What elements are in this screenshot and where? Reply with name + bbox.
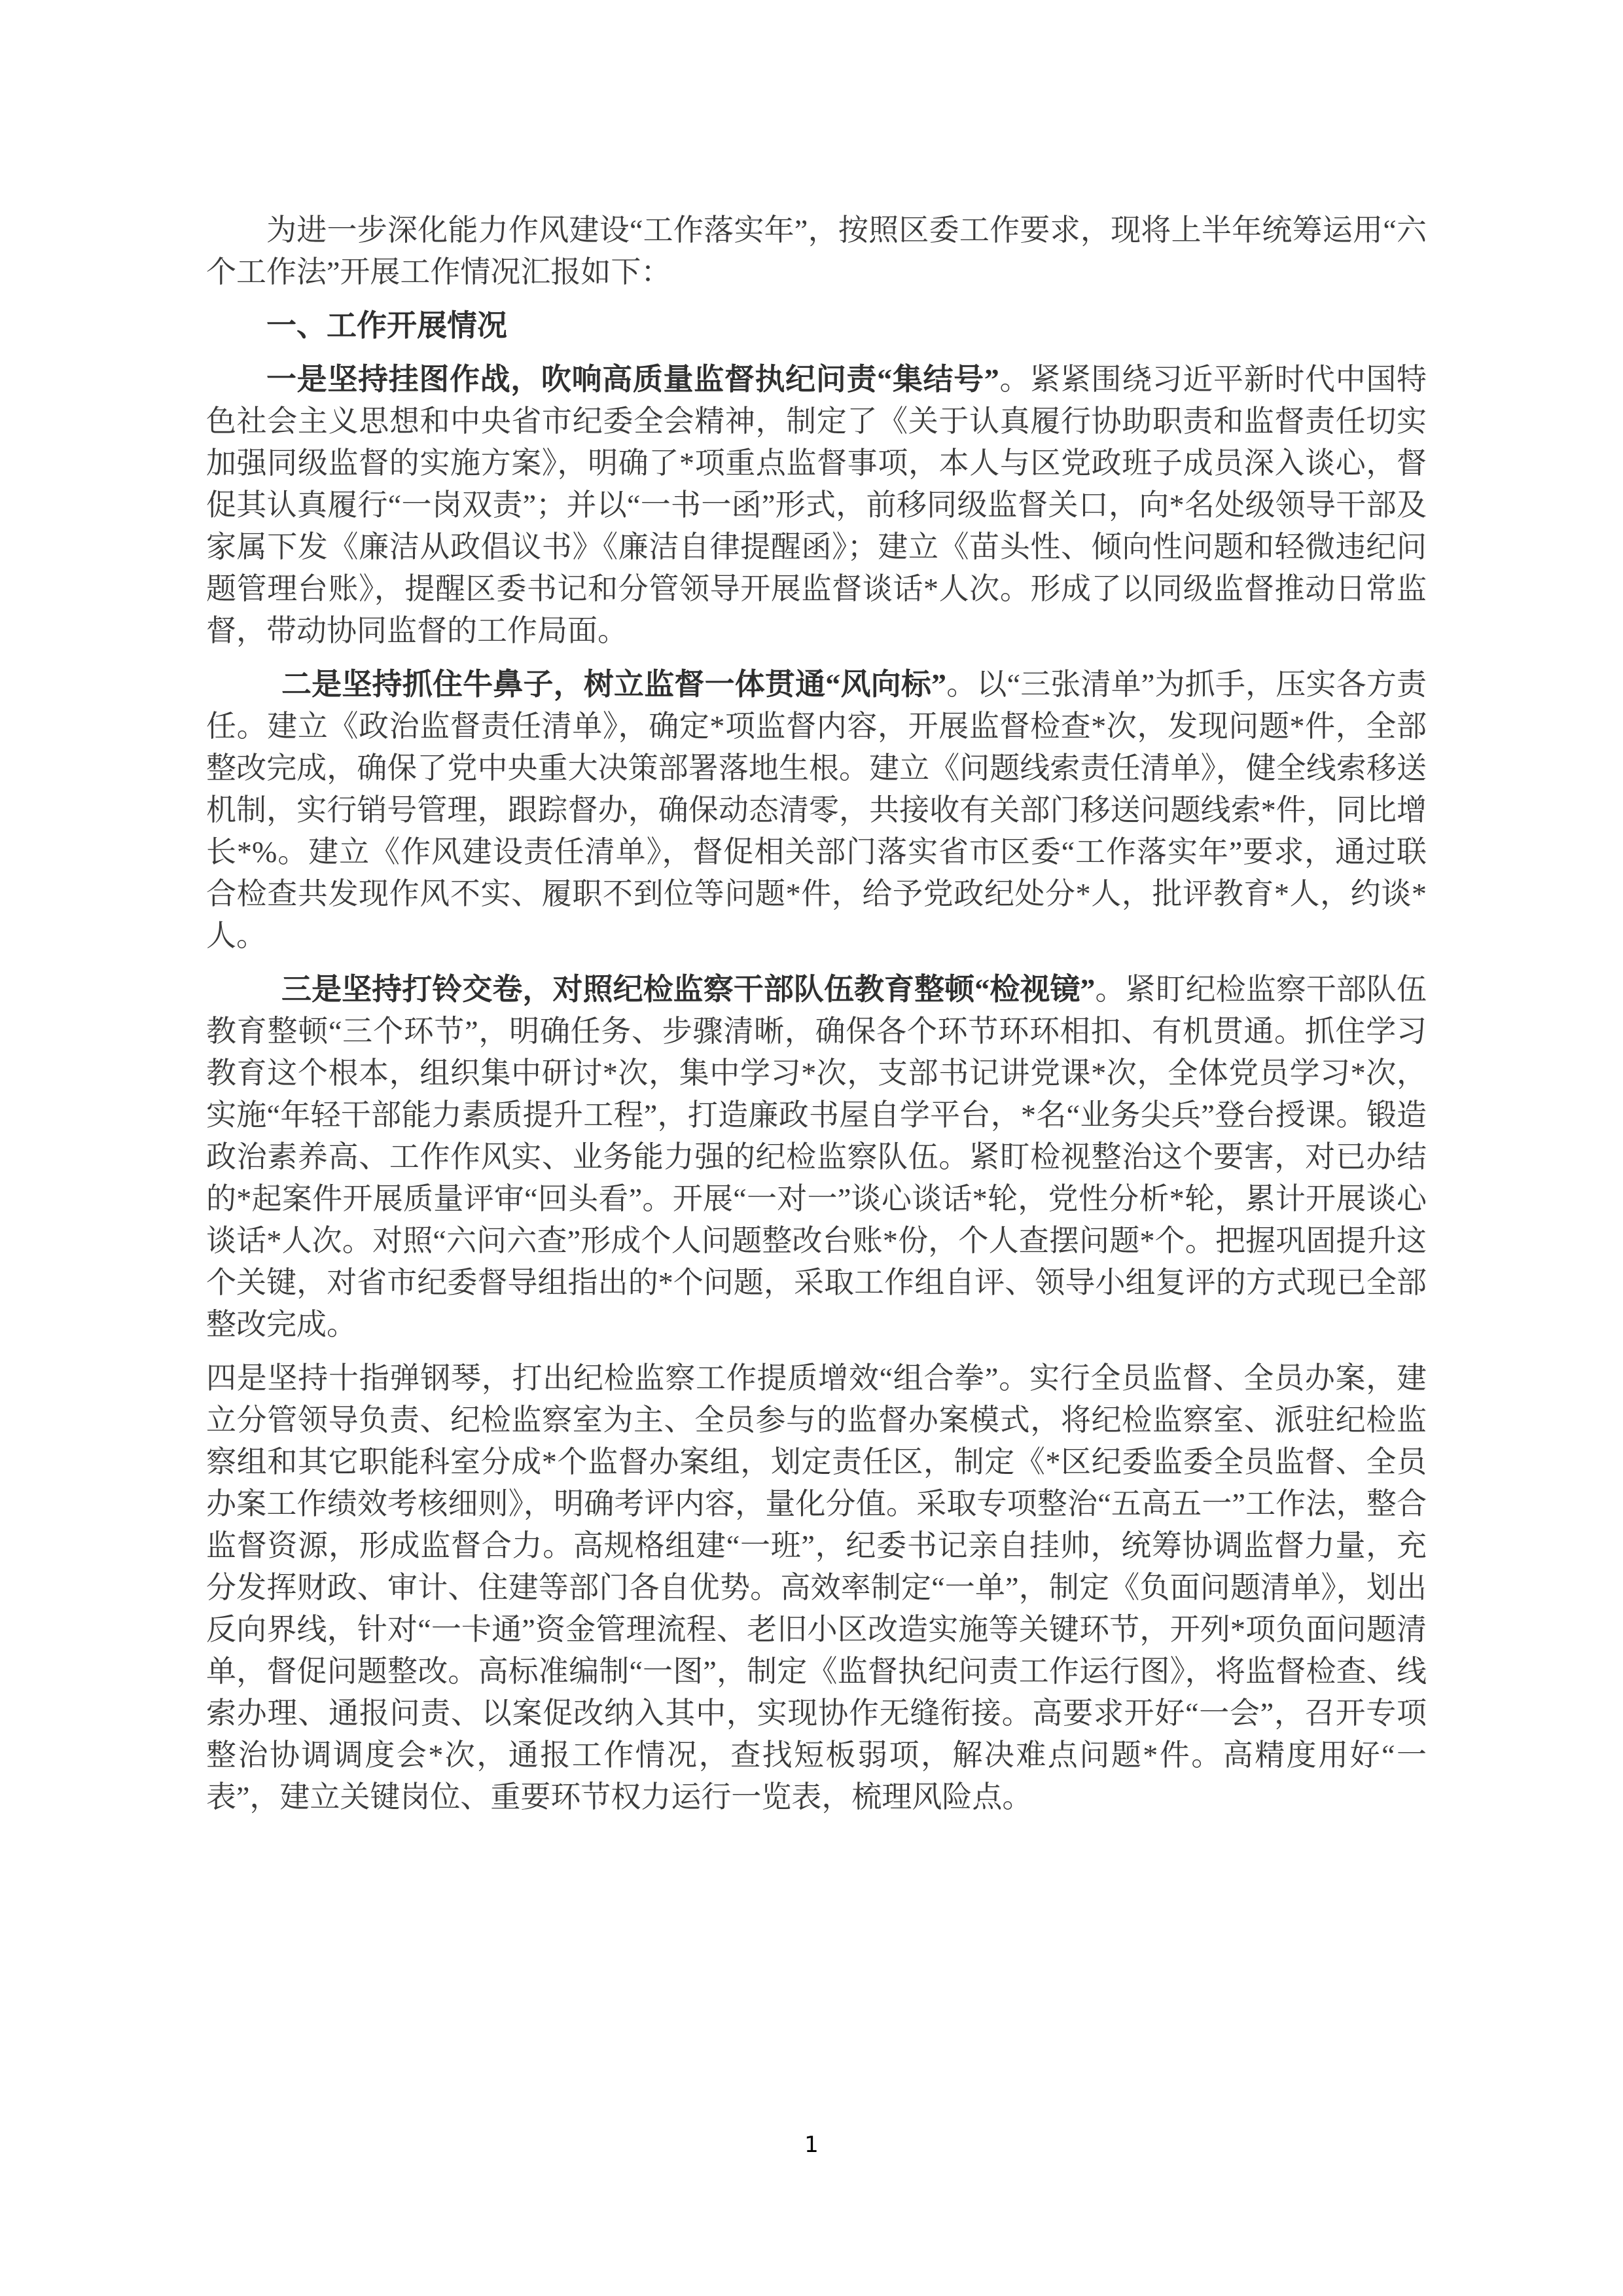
point-2-body: 。以“三张清单”为抓手，压实各方责任。建立《政治监督责任清单》，确定*项监督内容…	[206, 668, 1427, 952]
paragraph-point-3: 三是坚持打铃交卷，对照纪检监察干部队伍教育整顿“检视镜”。紧盯纪检监察干部队伍教…	[206, 969, 1427, 1346]
point-1-body: 。紧紧围绕习近平新时代中国特色社会主义思想和中央省市纪委全会精神，制定了《关于认…	[206, 363, 1427, 647]
paragraph-point-4: 四是坚持十指弹钢琴，打出纪检监察工作提质增效“组合拳”。实行全员监督、全员办案，…	[206, 1357, 1427, 1818]
section-heading: 一、工作开展情况	[206, 305, 1427, 347]
point-4-body: 四是坚持十指弹钢琴，打出纪检监察工作提质增效“组合拳”。实行全员监督、全员办案，…	[206, 1361, 1427, 1814]
paragraph-point-2: 二是坚持抓住牛鼻子，树立监督一体贯通“风向标”。以“三张清单”为抓手，压实各方责…	[206, 664, 1427, 957]
point-1-lead: 一是坚持挂图作战，吹响高质量监督执纪问责“集结号”	[266, 363, 999, 396]
point-2-lead: 二是坚持抓住牛鼻子，树立监督一体贯通“风向标”	[281, 668, 946, 701]
document-content: 为进一步深化能力作风建设“工作落实年”，按照区委工作要求，现将上半年统筹运用“六…	[206, 209, 1427, 1830]
intro-text: 为进一步深化能力作风建设“工作落实年”，按照区委工作要求，现将上半年统筹运用“六…	[206, 213, 1427, 289]
paragraph-point-1: 一是坚持挂图作战，吹响高质量监督执纪问责“集结号”。紧紧围绕习近平新时代中国特色…	[206, 359, 1427, 652]
paragraph-intro: 为进一步深化能力作风建设“工作落实年”，按照区委工作要求，现将上半年统筹运用“六…	[206, 209, 1427, 293]
point-3-lead: 三是坚持打铃交卷，对照纪检监察干部队伍教育整顿“检视镜”	[281, 973, 1095, 1006]
page-number: 1	[0, 2130, 1623, 2159]
section-heading-text: 一、工作开展情况	[266, 309, 507, 342]
document-page: 为进一步深化能力作风建设“工作落实年”，按照区委工作要求，现将上半年统筹运用“六…	[0, 0, 1623, 2296]
point-3-body: 。紧盯纪检监察干部队伍教育整顿“三个环节”，明确任务、步骤清晰，确保各个环节环环…	[206, 973, 1427, 1341]
